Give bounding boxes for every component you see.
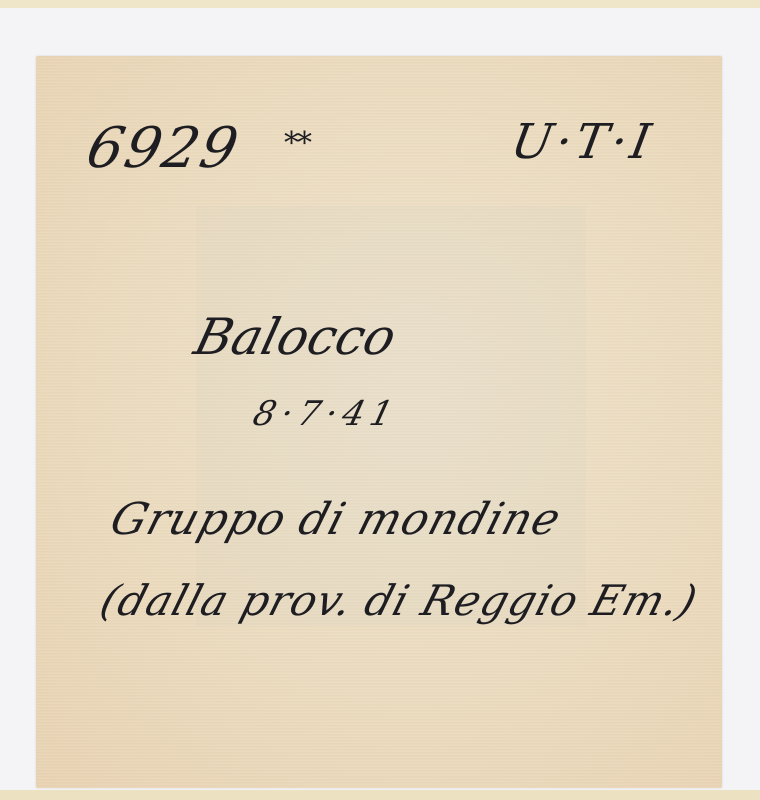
photographer-name: Balocco	[189, 308, 402, 366]
star-marks: **	[284, 126, 310, 161]
photo-date: 8·7·41	[249, 394, 403, 434]
description-line-2: (dalla prov. di Reggio Em.)	[95, 576, 704, 625]
description-line-1: Gruppo di mondine	[105, 494, 567, 545]
bottom-edge-strip	[0, 790, 760, 800]
collection-code: U·T·I	[507, 114, 659, 170]
archive-card: 6929 ** U·T·I Balocco 8·7·41 Gruppo di m…	[36, 56, 722, 788]
catalog-number: 6929	[81, 116, 245, 181]
mount-board: 6929 ** U·T·I Balocco 8·7·41 Gruppo di m…	[0, 8, 760, 790]
top-edge-strip	[0, 0, 760, 8]
